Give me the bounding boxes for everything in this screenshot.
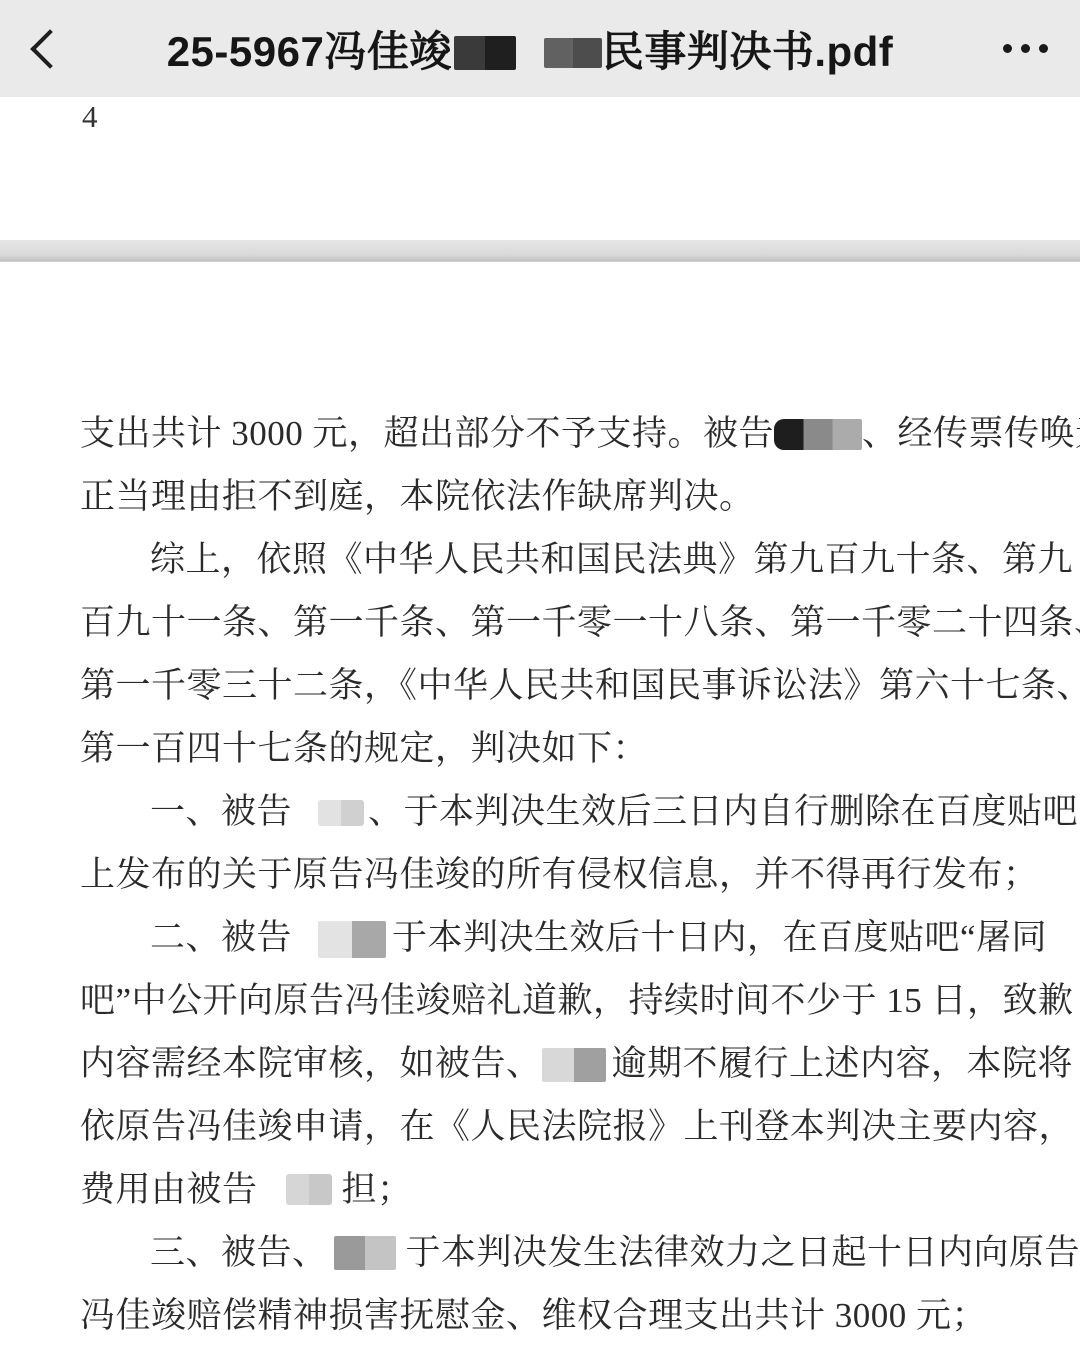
redaction-block (774, 419, 862, 450)
document-line: 费用由被告担； (80, 1158, 1040, 1221)
document-line: 冯佳竣赔偿精神损害抚慰金、维权合理支出共计 3000 元； (80, 1284, 1040, 1347)
document-line: 百九十一条、第一千条、第一千零一十八条、第一千零二十四条、 (80, 591, 1040, 654)
text-run: 民事判决书.pdf (602, 28, 893, 75)
text-run: 、于本判决生效后三日内自行删除在百度贴吧 (368, 792, 1078, 831)
redaction-block (318, 921, 386, 958)
text-run: 综上，依照《中华人民共和国民法典》第九百九十条、第九 (150, 540, 1073, 579)
text-run: 费用由被告 (80, 1170, 258, 1209)
pdf-viewer-header: 25-5967冯佳竣民事判决书.pdf (0, 0, 1080, 97)
ellipsis-icon (1003, 44, 1012, 53)
redaction-block (318, 800, 364, 826)
pdf-filename-title: 25-5967冯佳竣民事判决书.pdf (90, 19, 970, 79)
page-number: 4 (82, 99, 98, 135)
redaction-block (542, 1048, 606, 1082)
previous-page-bottom: 4 (0, 97, 1080, 240)
document-line: 吧”中公开向原告冯佳竣赔礼道歉，持续时间不少于 15 日，致歉 (80, 969, 1040, 1032)
redaction-block (544, 38, 602, 68)
document-line: 正当理由拒不到庭，本院依法作缺席判决。 (80, 465, 1040, 528)
text-run: 上发布的关于原告冯佳竣的所有侵权信息，并不得再行发布； (80, 855, 1039, 894)
document-line: 上发布的关于原告冯佳竣的所有侵权信息，并不得再行发布； (80, 843, 1040, 906)
text-run: 冯佳竣赔偿精神损害抚慰金、维权合理支出共计 3000 元； (80, 1296, 987, 1335)
redaction-block (454, 36, 516, 70)
more-options-button[interactable] (970, 0, 1080, 97)
text-run: 百九十一条、第一千条、第一千零一十八条、第一千零二十四条、 (80, 603, 1080, 642)
text-run: 于本判决生效后十日内，在百度贴吧“屠同 (392, 918, 1047, 957)
document-line: 二、被告于本判决生效后十日内，在百度贴吧“屠同 (80, 906, 1040, 969)
document-page: 支出共计 3000 元，超出部分不予支持。被告、经传票传唤无正当理由拒不到庭，本… (0, 262, 1080, 1347)
text-run: 逾期不履行上述内容，本院将 (612, 1044, 1074, 1083)
text-run: 依原告冯佳竣申请，在《人民法院报》上刊登本判决主要内容， (80, 1107, 1074, 1146)
text-run: 于本判决发生法律效力之日起十日内向原告 (406, 1233, 1080, 1272)
document-line: 综上，依照《中华人民共和国民法典》第九百九十条、第九 (80, 528, 1040, 591)
chevron-left-icon (30, 29, 70, 69)
document-line: 三、被告、于本判决发生法律效力之日起十日内向原告 (80, 1221, 1040, 1284)
document-line: 第一千零三十二条，《中华人民共和国民事诉讼法》第六十七条、 (80, 654, 1040, 717)
document-line: 依原告冯佳竣申请，在《人民法院报》上刊登本判决主要内容， (80, 1095, 1040, 1158)
text-run: 正当理由拒不到庭，本院依法作缺席判决。 (80, 477, 755, 516)
document-line: 一、被告、于本判决生效后三日内自行删除在百度贴吧 (80, 780, 1040, 843)
text-run: 担； (342, 1170, 413, 1209)
redaction-block (334, 1236, 396, 1270)
text-run: 支出共计 3000 元，超出部分不予支持。被告 (80, 414, 774, 453)
text-run: 吧”中公开向原告冯佳竣赔礼道歉，持续时间不少于 15 日，致歉 (80, 981, 1074, 1020)
ellipsis-icon (1021, 44, 1030, 53)
page-separator (0, 240, 1080, 262)
text-run: 第一千零三十二条，《中华人民共和国民事诉讼法》第六十七条、 (80, 666, 1080, 705)
document-line: 第一百四十七条的规定，判决如下： (80, 717, 1040, 780)
ellipsis-icon (1039, 44, 1048, 53)
document-line: 内容需经本院审核，如被告、逾期不履行上述内容，本院将 (80, 1032, 1040, 1095)
text-run: 、经传票传唤无 (862, 414, 1080, 453)
text-run: 25-5967冯佳竣 (167, 28, 452, 75)
text-run: 第一百四十七条的规定，判决如下： (80, 729, 648, 768)
text-run: 内容需经本院审核，如被告、 (80, 1044, 542, 1083)
text-run: 二、被告 (150, 918, 292, 957)
back-button[interactable] (0, 0, 90, 97)
text-run: 三、被告、 (150, 1233, 328, 1272)
redaction-block (286, 1174, 332, 1205)
text-run: 一、被告 (150, 792, 292, 831)
document-line: 支出共计 3000 元，超出部分不予支持。被告、经传票传唤无 (80, 402, 1040, 465)
